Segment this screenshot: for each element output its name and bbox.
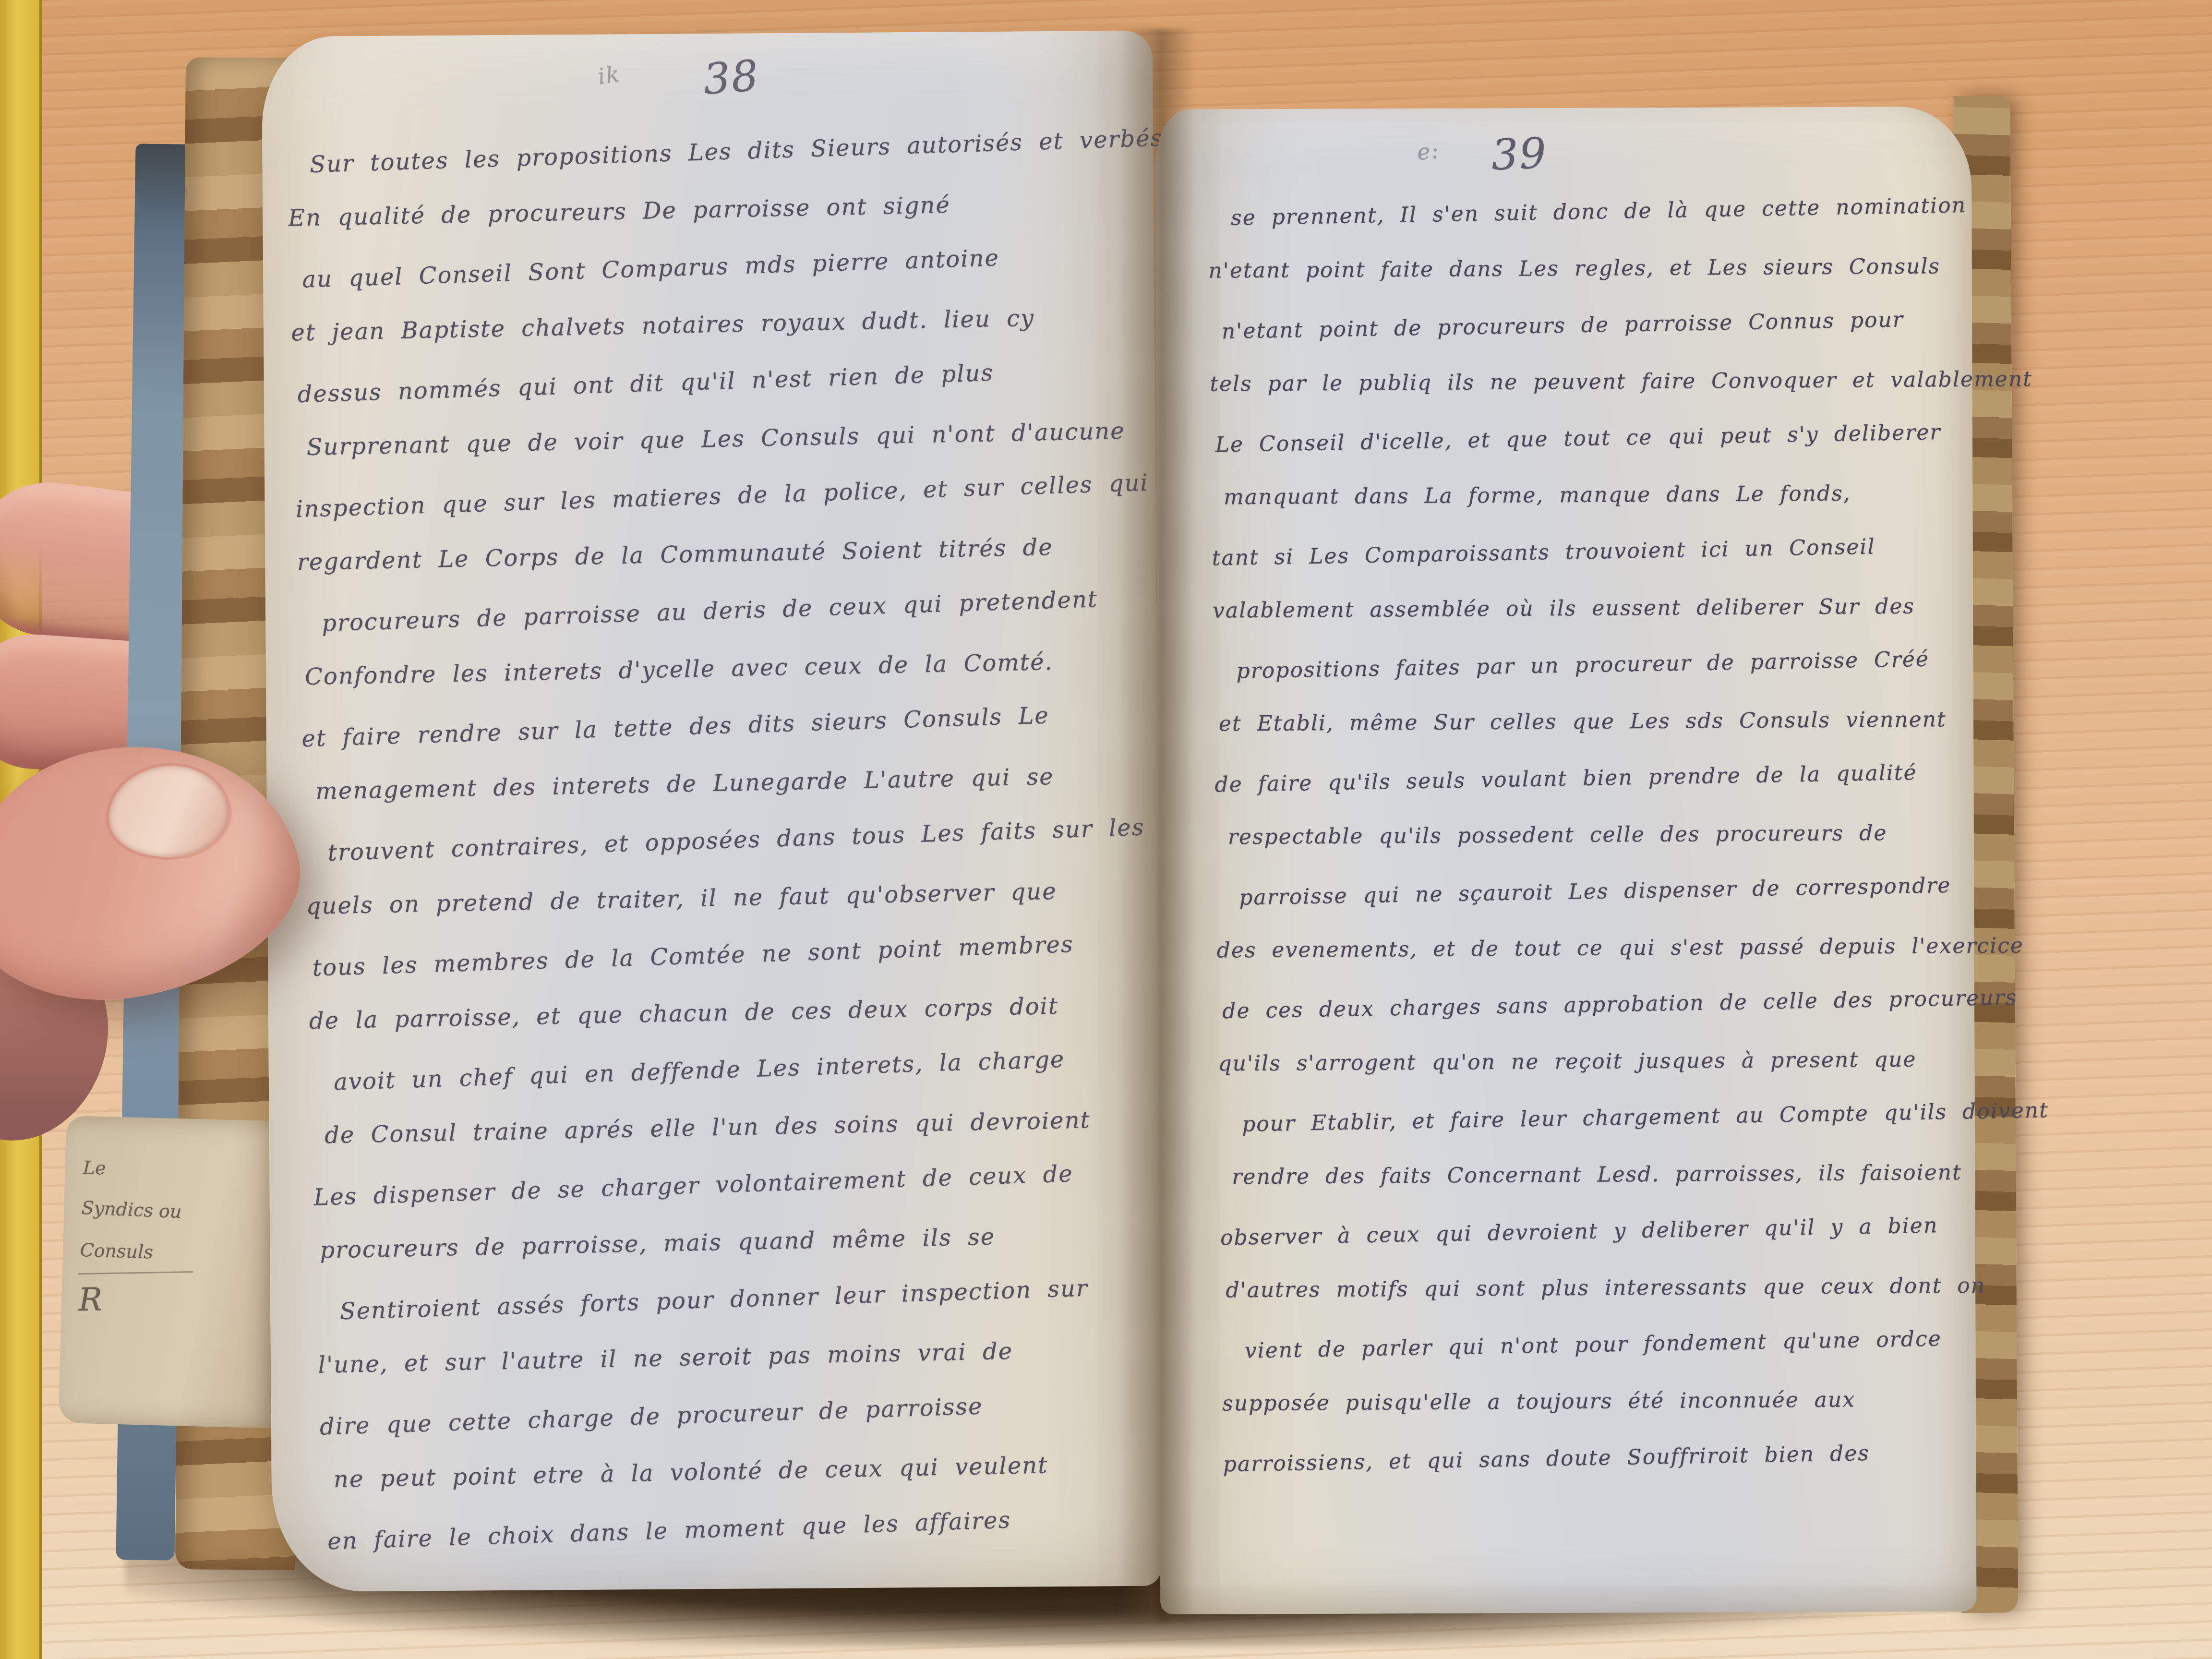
manuscript-line: Syndics ou xyxy=(81,1187,274,1236)
right-page: e: 39 se prennent, Il s'en suit donc de … xyxy=(1155,107,1977,1614)
manuscript-line: des evenements, et de tout ce qui s'est … xyxy=(1216,918,1966,979)
manuscript-line: n'etant point faite dans Les regles, et … xyxy=(1208,238,1958,300)
page-number-38: 38 xyxy=(702,50,761,104)
gutter-shadow xyxy=(1118,29,1195,1623)
manuscript-line: qu'ils s'arrogent qu'on ne reçoit jusque… xyxy=(1218,1031,1967,1093)
manuscript-line: pour Etablir, et faire leur chargement a… xyxy=(1241,1083,1968,1153)
manuscript-line: parroissiens, et qui sans doute Souffrir… xyxy=(1223,1423,1972,1493)
manuscript-line: de faire qu'ils seuls voulant bien prend… xyxy=(1214,744,1964,813)
left-corner-flourish: ik xyxy=(596,60,622,89)
manuscript-line: rendre des faits Concernant Lesd. parroi… xyxy=(1232,1144,1969,1205)
manuscript-line: tant si Les Comparoissants trouvoient ic… xyxy=(1212,517,1961,587)
manuscript-line: Consuls xyxy=(80,1229,273,1276)
page-number-39: 39 xyxy=(1491,128,1548,180)
manuscript-line: respectable qu'ils possedent celle des p… xyxy=(1227,805,1964,866)
left-page-text: Sur toutes les propositions Les dits Sie… xyxy=(286,113,1154,1569)
margin-note: LeSyndics ouConsulsR xyxy=(78,1146,276,1324)
manuscript-line: propositions faites par un procureur de … xyxy=(1236,630,1963,699)
manuscript-line: se prennent, Il s'en suit donc de là que… xyxy=(1230,177,1957,246)
manuscript-line: parroisse qui ne sçauroit Les dispenser … xyxy=(1238,857,1965,926)
right-page-text: se prennent, Il s'en suit donc de là que… xyxy=(1207,179,1972,1491)
thumb-nail xyxy=(104,760,233,863)
manuscript-line: valablement assemblée où ils eussent del… xyxy=(1213,578,1962,639)
manuscript-line: et Etabli, même Sur celles que Les sds C… xyxy=(1219,691,1963,752)
manuscript-line: supposée puisqu'elle a toujours été inco… xyxy=(1222,1371,1972,1432)
manuscript-line: n'etant point de procureurs de parroisse… xyxy=(1221,290,1959,360)
left-page: ik 38 Sur toutes les propositions Les di… xyxy=(262,31,1164,1592)
manuscript-line: tels par le publiq ils ne peuvent faire … xyxy=(1210,351,1959,413)
manuscript-line: observer à ceux qui devroient y delibere… xyxy=(1220,1197,1970,1266)
right-corner-flourish: e: xyxy=(1416,137,1441,166)
manuscript-line: manquant dans La forme, manque dans Le f… xyxy=(1224,465,1960,526)
manuscript-line: Le xyxy=(83,1147,276,1194)
manuscript-line: de ces deux charges sans approbation de … xyxy=(1222,970,1967,1040)
manuscript-line: R xyxy=(78,1271,194,1321)
manuscript-line: d'autres motifs qui sont plus interessan… xyxy=(1226,1258,1970,1319)
manuscript-line: vient de parler qui n'ont pour fondement… xyxy=(1244,1310,1971,1379)
manuscript-photo: LeSyndics ouConsulsR ik 38 Sur toutes le… xyxy=(0,0,2212,1659)
manuscript-line: Le Conseil d'icelle, et que tout ce qui … xyxy=(1215,404,1960,473)
